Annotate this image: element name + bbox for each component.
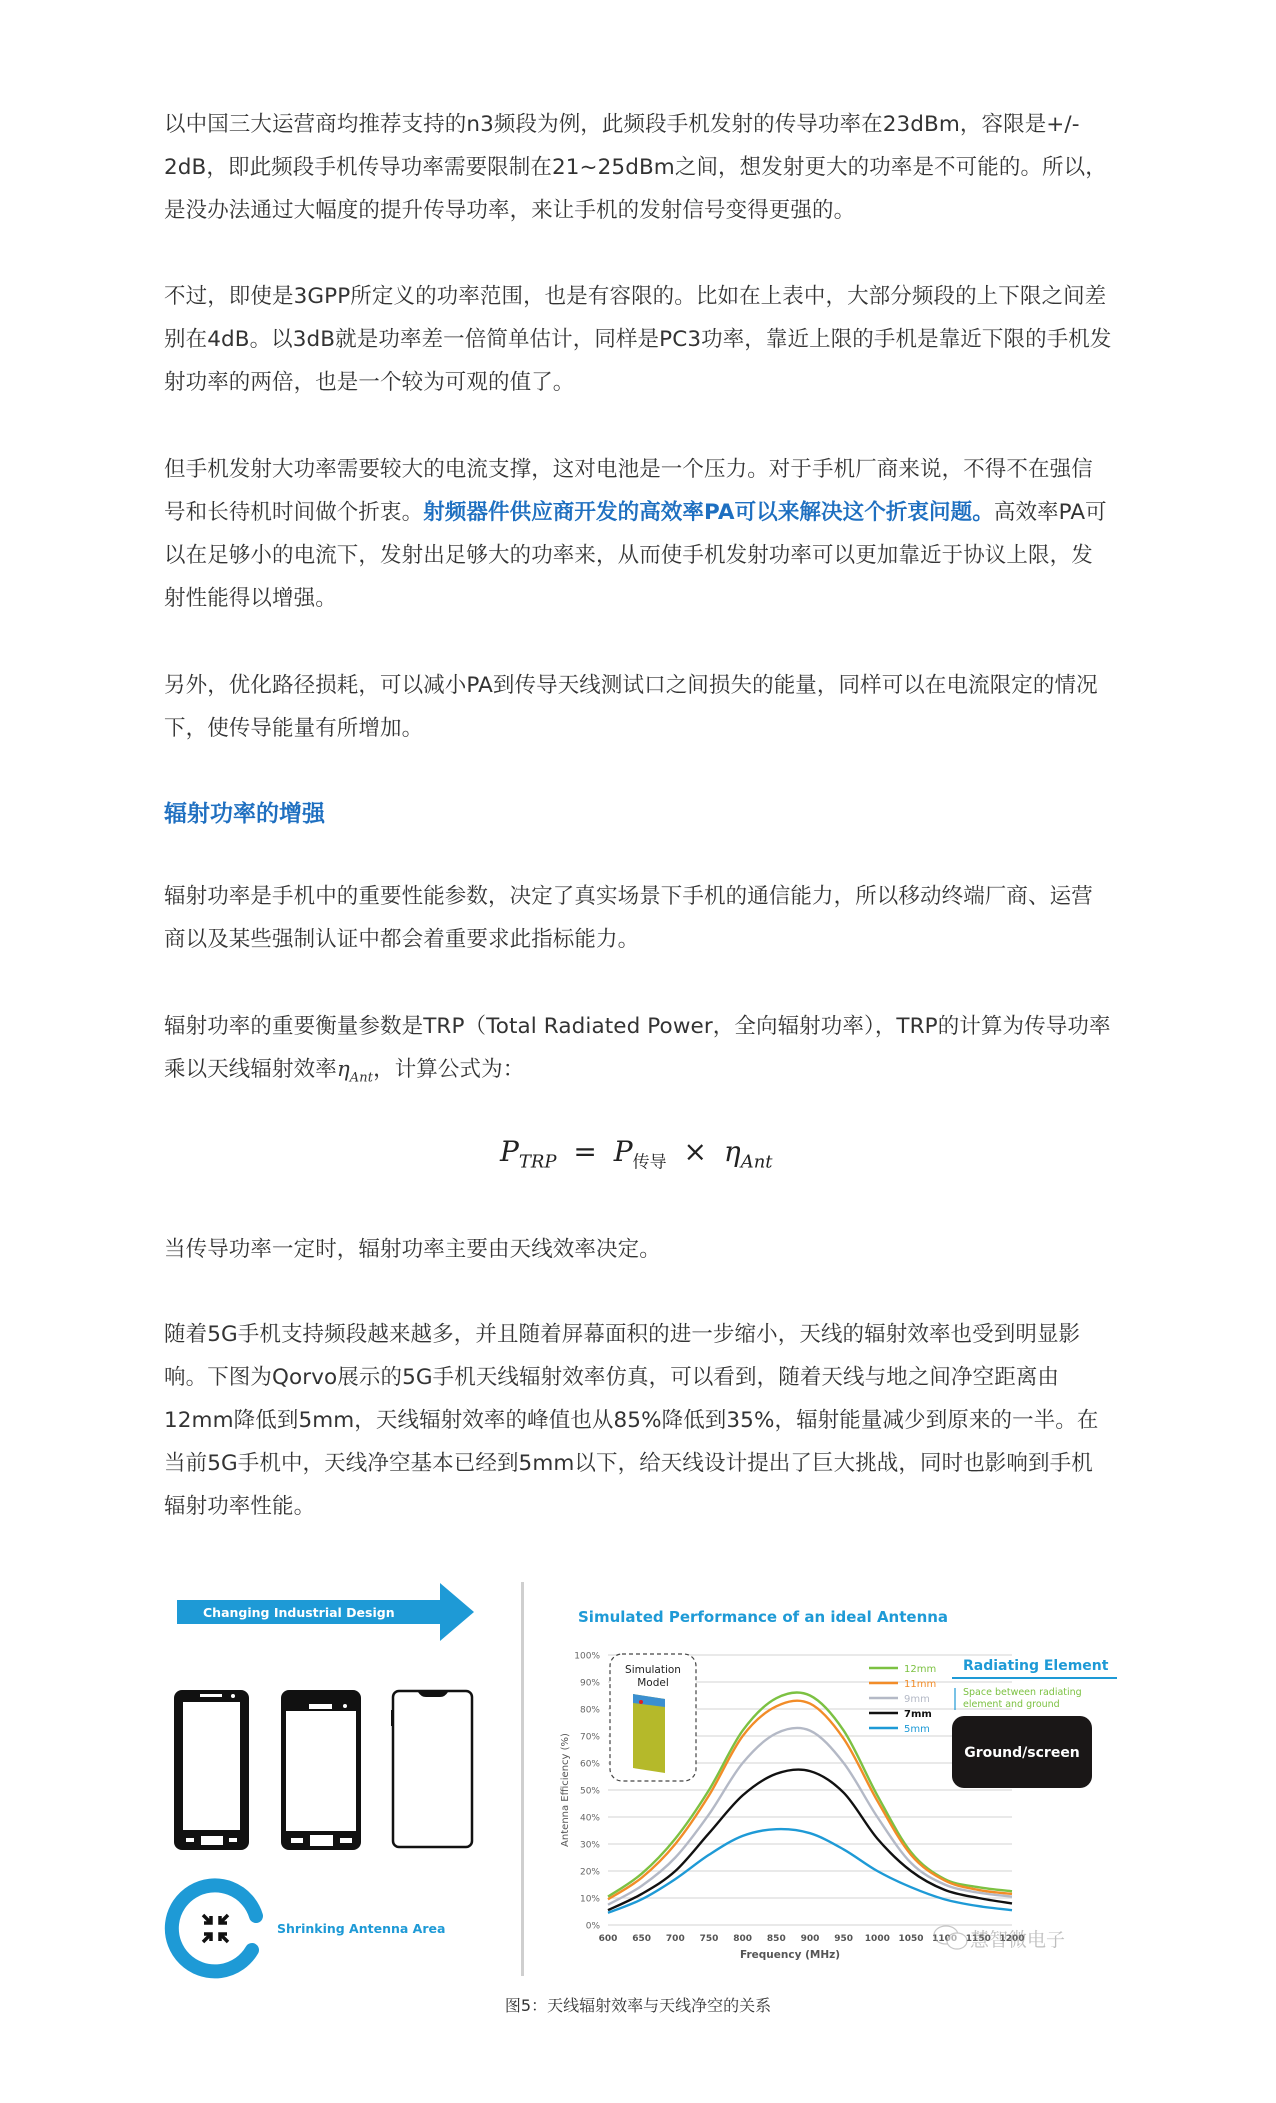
paragraph-path-loss: 另外，优化路径损耗，可以减小PA到传导天线测试口之间损失的能量，同样可以在电流限… <box>164 664 1114 750</box>
x-tick-label: 600 <box>599 1934 618 1944</box>
wechat-watermark-text: 慧智微电子 <box>970 1929 1065 1951</box>
legend-label: 7mm <box>904 1709 932 1720</box>
simulation-model-box: Simulation Model <box>610 1654 696 1781</box>
space-note: element and ground <box>963 1699 1060 1710</box>
chart-y-ticks: 0%10%20%30%40%50%60%70%80%90%100% <box>574 1652 600 1932</box>
y-tick-label: 20% <box>580 1868 600 1878</box>
space-note: Space between radiating <box>963 1687 1082 1698</box>
x-axis-label: Frequency (MHz) <box>740 1949 840 1961</box>
y-tick-label: 60% <box>580 1760 600 1770</box>
trp-formula: PTRP = P传导 × ηAnt <box>500 1135 773 1173</box>
eta-symbol: ηAnt <box>337 1057 373 1082</box>
highlighted-text: 射频器件供应商开发的高效率PA可以来解决这个折衷问题。 <box>423 500 994 525</box>
arrow-changing-design: Changing Industrial Design <box>177 1583 474 1641</box>
legend-label: 12mm <box>904 1664 936 1675</box>
watermark: 慧智微电子 <box>934 1926 1065 1951</box>
radiating-element-label: Radiating Element <box>963 1658 1109 1674</box>
x-tick-label: 750 <box>700 1934 719 1944</box>
figure-divider <box>521 1582 524 1976</box>
y-tick-label: 80% <box>580 1706 600 1716</box>
paragraph-5g-antenna: 随着5G手机支持频段越来越多，并且随着屏幕面积的进一步缩小，天线的辐射效率也受到… <box>164 1313 1114 1528</box>
shrinking-antenna-icon <box>172 1885 256 1971</box>
y-axis-label: Antenna Efficiency (%) <box>560 1733 571 1847</box>
y-tick-label: 40% <box>580 1814 600 1824</box>
y-tick-label: 10% <box>580 1895 600 1905</box>
paragraph-high-efficiency-pa: 但手机发射大功率需要较大的电流支撑，这对电池是一个压力。对于手机厂商来说，不得不… <box>164 448 1114 620</box>
paragraph-radiated-power: 辐射功率是手机中的重要性能参数，决定了真实场景下手机的通信能力，所以移动终端厂商… <box>164 875 1114 961</box>
y-tick-label: 50% <box>580 1787 600 1797</box>
y-tick-label: 100% <box>574 1652 600 1662</box>
paragraph-n3-band: 以中国三大运营商均推荐支持的n3频段为例，此频段手机发射的传导功率在23dBm，… <box>164 103 1114 232</box>
paragraph-3gpp-tolerance: 不过，即使是3GPP所定义的功率范围，也是有容限的。比如在上表中，大部分频段的上… <box>164 275 1114 404</box>
x-tick-label: 700 <box>666 1934 685 1944</box>
paragraph-text: ，计算公式为： <box>373 1057 524 1082</box>
chart-title: Simulated Performance of an ideal Antenn… <box>578 1608 948 1626</box>
y-tick-label: 30% <box>580 1841 600 1851</box>
section-heading: 辐射功率的增强 <box>164 795 325 828</box>
y-tick-label: 70% <box>580 1733 600 1743</box>
x-tick-label: 1000 <box>865 1934 890 1944</box>
phone-icon-2 <box>281 1690 361 1850</box>
x-tick-label: 800 <box>733 1934 752 1944</box>
ground-screen-label: Ground/screen <box>964 1745 1080 1761</box>
svg-text:Simulation: Simulation <box>625 1664 681 1676</box>
shrinking-label: Shrinking Antenna Area <box>277 1921 445 1936</box>
x-tick-label: 900 <box>801 1934 820 1944</box>
chart-legend: 12mm11mm9mm7mm5mm <box>869 1664 936 1735</box>
paragraph-text: 辐射功率的重要衡量参数是TRP（Total Radiated Power，全向辐… <box>164 1014 1111 1082</box>
svg-text:Model: Model <box>637 1677 669 1689</box>
legend-label: 9mm <box>904 1694 930 1705</box>
y-tick-label: 90% <box>580 1679 600 1689</box>
svg-text:Changing Industrial Design: Changing Industrial Design <box>203 1605 395 1620</box>
x-tick-label: 950 <box>834 1934 853 1944</box>
radiating-element-line <box>952 1677 1117 1679</box>
x-tick-label: 1050 <box>898 1934 923 1944</box>
paragraph-efficiency-determines: 当传导功率一定时，辐射功率主要由天线效率决定。 <box>164 1228 1114 1271</box>
x-tick-label: 650 <box>632 1934 651 1944</box>
figure-antenna-efficiency: Changing Industrial Design <box>150 1570 1130 1990</box>
legend-label: 5mm <box>904 1724 930 1735</box>
legend-label: 11mm <box>904 1679 936 1690</box>
x-tick-label: 850 <box>767 1934 786 1944</box>
phone-icon-1 <box>174 1690 249 1850</box>
paragraph-trp: 辐射功率的重要衡量参数是TRP（Total Radiated Power，全向辐… <box>164 1005 1114 1099</box>
figure-caption: 图5：天线辐射效率与天线净空的关系 <box>0 1993 1276 2016</box>
y-tick-label: 0% <box>586 1922 601 1932</box>
phone-icon-3 <box>391 1691 472 1847</box>
